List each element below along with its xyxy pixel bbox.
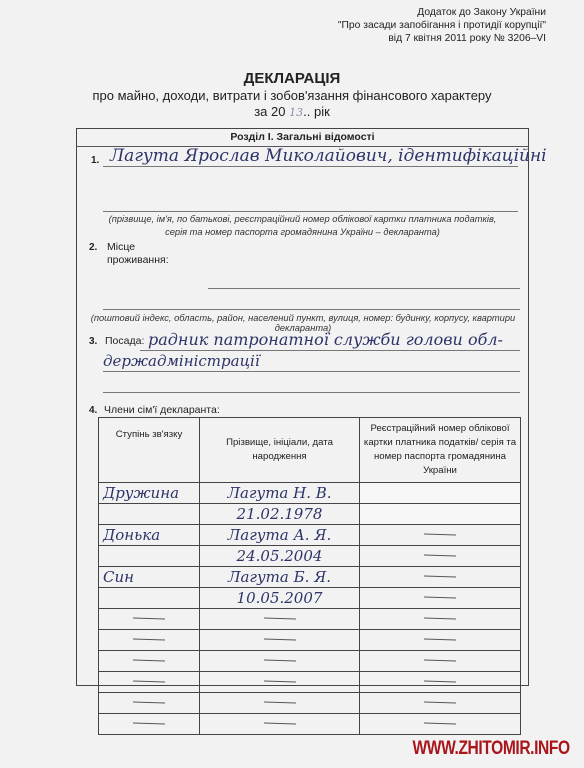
empty-dash [133,639,165,641]
empty-dash [424,576,456,578]
family-members-table: Ступінь зв'язку Прізвище, ініціали, дата… [98,417,521,735]
declarant-name-handwritten: Лагута Ярослав Миколайович, ідентифікаці… [110,146,547,166]
empty-dash [133,702,165,704]
year-suffix: рік [314,104,330,119]
cell-id [360,567,521,588]
cell-name-dob [200,672,360,693]
relation-handwritten: Дружина [99,484,179,502]
cell-relation [99,504,200,525]
empty-dash [424,534,456,536]
cell-relation [99,546,200,567]
table-row [99,609,521,630]
item-4-number: 4. [89,405,97,416]
empty-dash [424,555,456,557]
empty-dash [263,723,295,725]
item-1-line [103,166,518,167]
empty-dash [263,702,295,704]
empty-dash [424,597,456,599]
cell-relation: Донька [99,525,200,546]
position-handwritten-2: держадміністрації [103,352,260,370]
cell-name-dob: 10.05.2007 [200,588,360,609]
empty-dash [133,618,165,620]
empty-dash [424,723,456,725]
cell-id [360,651,521,672]
empty-dash [424,681,456,683]
cell-relation: Дружина [99,483,200,504]
table-row: ДонькаЛагута А. Я. [99,525,521,546]
cell-id [360,546,521,567]
header-relation: Ступінь зв'язку [99,418,200,483]
year-prefix: за 20 [254,104,285,119]
empty-dash [424,702,456,704]
residence-line-2 [103,309,520,310]
cell-relation [99,714,200,735]
header-id: Реєстраційний номер облікової картки пла… [360,418,521,483]
cell-id [360,609,521,630]
cell-name-dob: 21.02.1978 [200,504,360,525]
table-row [99,672,521,693]
document-title: ДЕКЛАРАЦІЯ [0,70,584,87]
empty-dash [133,660,165,662]
table-row [99,651,521,672]
cell-id [360,714,521,735]
law-appendix-reference: Додаток до Закону України "Про засади за… [338,6,546,45]
name-dob-handwritten: 21.02.1978 [237,505,323,523]
empty-dash [424,660,456,662]
cell-relation [99,693,200,714]
declaration-year: за 20 13.. рік [0,104,584,119]
empty-dash [424,639,456,641]
appendix-line-1: Додаток до Закону України [338,6,546,19]
cell-name-dob [200,693,360,714]
empty-dash [263,660,295,662]
relation-handwritten: Донька [99,526,160,544]
family-members-label: Члени сім'ї декларанта: [104,404,220,416]
cell-id [360,504,521,525]
table-row: ДружинаЛагута Н. В. [99,483,521,504]
cell-name-dob [200,609,360,630]
item-2-number: 2. [89,242,97,253]
cell-name-dob [200,651,360,672]
relation-handwritten: Син [99,568,134,586]
position-line-3 [103,392,520,393]
year-handwritten: 13 [289,106,303,119]
item-1-caption-1: (прізвище, ім'я, по батькові, реєстрацій… [80,214,525,224]
cell-relation: Син [99,567,200,588]
name-dob-handwritten: Лагута Н. В. [227,484,331,502]
empty-dash [263,618,295,620]
cell-name-dob [200,714,360,735]
cell-name-dob [200,630,360,651]
table-row [99,714,521,735]
cell-relation [99,588,200,609]
cell-id [360,588,521,609]
item-1-number: 1. [91,155,99,166]
name-dob-handwritten: Лагута А. Я. [228,526,331,544]
cell-relation [99,651,200,672]
section-title: Розділ І. Загальні відомості [76,128,529,147]
position-line-2 [103,371,520,372]
cell-name-dob: Лагута Н. В. [200,483,360,504]
residence-label-1: Місце [107,241,135,253]
name-dob-handwritten: 10.05.2007 [237,589,323,607]
document-subtitle: про майно, доходи, витрати і зобов'язанн… [0,88,584,103]
empty-dash [424,618,456,620]
table-row [99,630,521,651]
position-label: Посада: [105,335,144,347]
cell-name-dob: Лагута Б. Я. [200,567,360,588]
empty-dash [263,639,295,641]
table-row [99,693,521,714]
table-header-row: Ступінь зв'язку Прізвище, ініціали, дата… [99,418,521,483]
residence-line-1 [208,288,520,289]
cell-relation [99,672,200,693]
residence-label-2: проживання: [107,254,169,266]
position-handwritten-1: радник патронатної служби голови обл- [148,330,503,349]
watermark: WWW.ZHITOMIR.INFO [413,738,570,760]
cell-id [360,525,521,546]
cell-id [360,483,521,504]
cell-id [360,672,521,693]
position-line-1 [140,350,520,351]
cell-relation [99,630,200,651]
appendix-line-3: від 7 квітня 2011 року № 3206–VI [338,32,546,45]
empty-dash [263,681,295,683]
empty-dash [133,723,165,725]
cell-name-dob: 24.05.2004 [200,546,360,567]
item-3-number: 3. [89,336,97,347]
table-row: 21.02.1978 [99,504,521,525]
item-1-line-2 [103,211,518,212]
cell-name-dob: Лагута А. Я. [200,525,360,546]
cell-id [360,693,521,714]
table-row: 10.05.2007 [99,588,521,609]
header-name-dob: Прізвище, ініціали, дата народження [200,418,360,483]
cell-id [360,630,521,651]
name-dob-handwritten: 24.05.2004 [237,547,323,565]
item-1-caption-2: серія та номер паспорта громадянина Укра… [80,227,525,237]
cell-relation [99,609,200,630]
name-dob-handwritten: Лагута Б. Я. [228,568,331,586]
table-row: 24.05.2004 [99,546,521,567]
table-row: СинЛагута Б. Я. [99,567,521,588]
empty-dash [133,681,165,683]
appendix-line-2: "Про засади запобігання і протидії коруп… [338,19,546,32]
